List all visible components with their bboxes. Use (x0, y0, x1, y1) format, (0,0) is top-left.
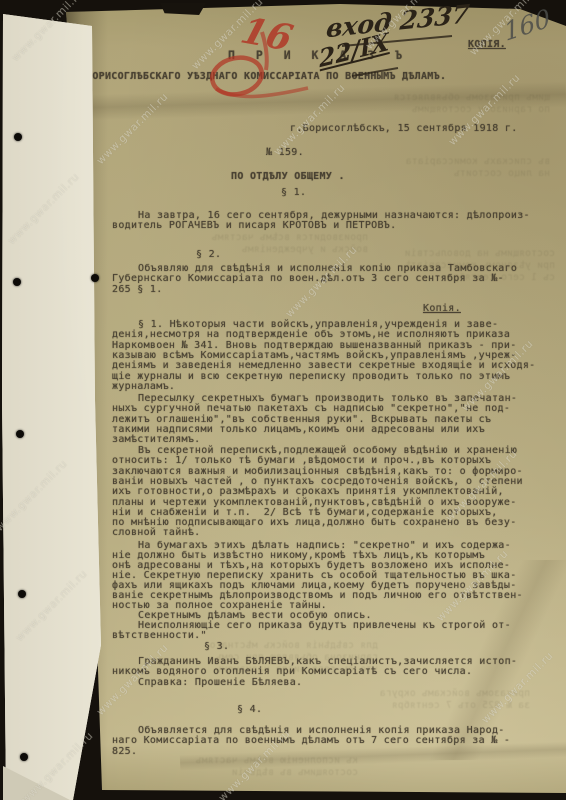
ink-underline (352, 68, 398, 76)
scanned-document: щимъ приказомъ объявляетсяпо гарнизону с… (0, 0, 566, 800)
